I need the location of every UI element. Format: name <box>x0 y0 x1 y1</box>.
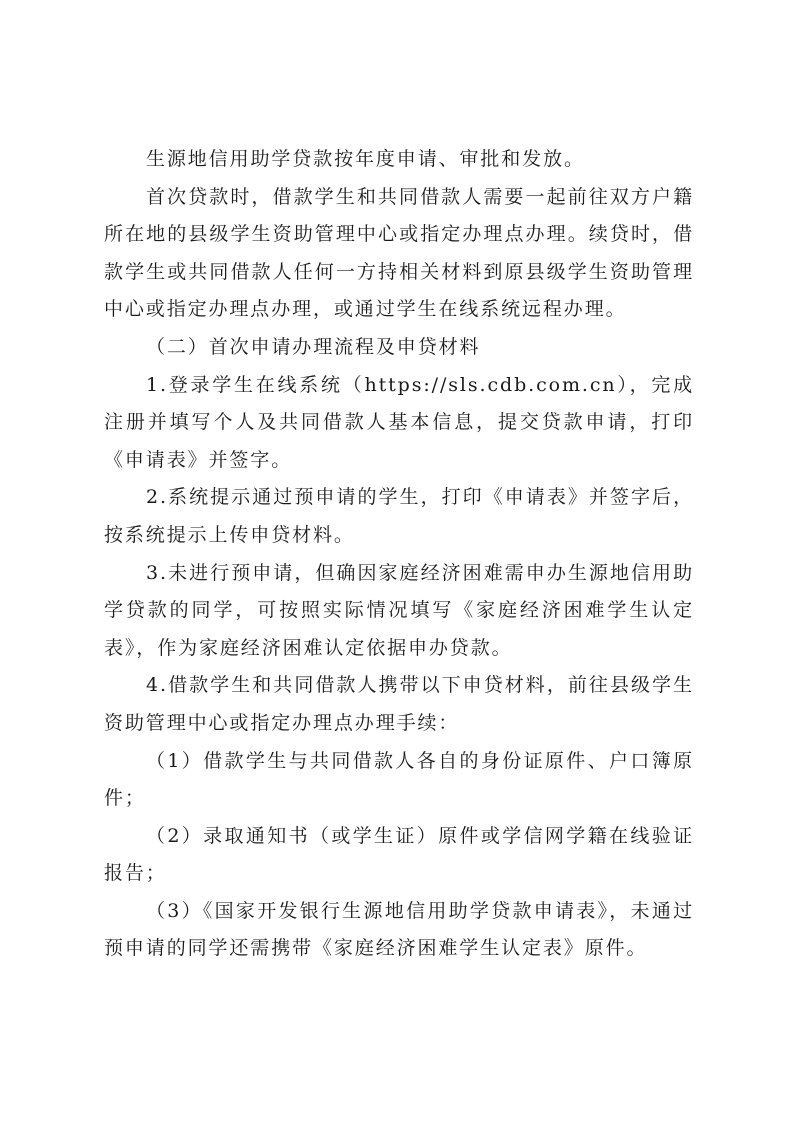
material-item-1-id-documents: （1）借款学生与共同借款人各自的身份证原件、户口簿原件； <box>104 743 694 818</box>
paragraph-first-loan-and-renewal: 首次贷款时，借款学生和共同借款人需要一起前往双方户籍所在地的县级学生资助管理中心… <box>104 179 694 329</box>
section-heading-first-application: （二）首次申请办理流程及申贷材料 <box>104 329 694 367</box>
paragraph-annual-application: 生源地信用助学贷款按年度申请、审批和发放。 <box>104 141 694 179</box>
step-3-no-pre-application: 3.未进行预申请，但确因家庭经济困难需申办生源地信用助学贷款的同学，可按照实际情… <box>104 555 694 668</box>
document-page: 生源地信用助学贷款按年度申请、审批和发放。 首次贷款时，借款学生和共同借款人需要… <box>104 141 694 968</box>
step-1-login-system: 1.登录学生在线系统（https://sls.cdb.com.cn），完成注册并… <box>104 367 694 480</box>
step-2-upload-materials: 2.系统提示通过预申请的学生，打印《申请表》并签字后，按系统提示上传申贷材料。 <box>104 479 694 554</box>
step-4-bring-materials: 4.借款学生和共同借款人携带以下申贷材料，前往县级学生资助管理中心或指定办理点办… <box>104 667 694 742</box>
material-item-2-admission-notice: （2）录取通知书（或学生证）原件或学信网学籍在线验证报告； <box>104 818 694 893</box>
material-item-3-application-form: （3）《国家开发银行生源地信用助学贷款申请表》，未通过预申请的同学还需携带《家庭… <box>104 893 694 968</box>
